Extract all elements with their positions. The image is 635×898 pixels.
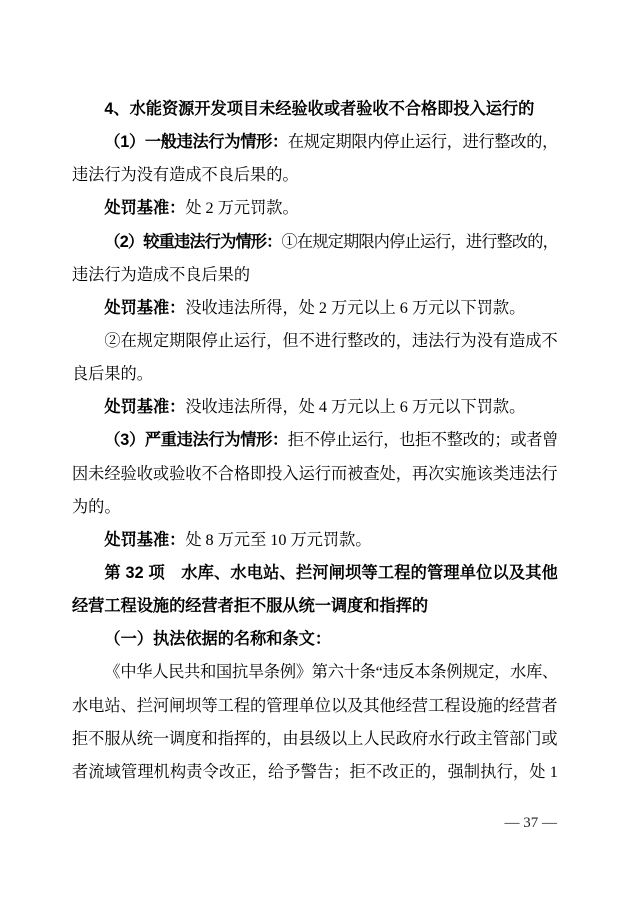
- text-line: （3）严重违法行为情形：拒不停止运行，也拒不整改的；或者曾: [72, 424, 558, 457]
- text-line: 处罚基准：处 2 万元罚款。: [72, 192, 558, 225]
- text-line-content: 处罚基准：没收违法所得，处 4 万元以上 6 万元以下罚款。: [72, 391, 525, 424]
- text-line: 良后果的。: [72, 358, 558, 391]
- text-line-content: 第 32 项 水库、水电站、拦河闸坝等工程的管理单位以及其他: [72, 557, 558, 590]
- text-line: （一）执法依据的名称和条文：: [72, 623, 558, 656]
- text-line-content: 拒不服从统一调度和指挥的，由县级以上人民政府水行政主管部门或: [72, 723, 558, 756]
- text-line-content: 处罚基准：没收违法所得，处 2 万元以上 6 万元以下罚款。: [72, 292, 525, 325]
- text-segment: 为的。: [72, 498, 121, 516]
- text-line: （1）一般违法行为情形：在规定期限内停止运行，进行整改的，: [72, 126, 558, 159]
- bold-text-segment: 处罚基准：: [104, 398, 185, 416]
- text-segment: 在规定期限内停止运行，进行整改的，: [288, 133, 558, 151]
- text-segment: 违法行为没有造成不良后果的。: [72, 166, 299, 184]
- text-segment: ②在规定期限停止运行，但不进行整改的，违法行为没有造成不: [104, 332, 557, 350]
- bold-text-segment: 处罚基准：: [104, 199, 185, 217]
- text-line: 者流域管理机构责令改正，给予警告；拒不改正的，强制执行，处 1: [72, 756, 558, 789]
- bold-text-segment: 处罚基准：: [104, 531, 185, 549]
- text-line: 水电站、拦河闸坝等工程的管理单位以及其他经营工程设施的经营者: [72, 690, 558, 723]
- text-line-content: （2）较重违法行为情形：①在规定期限内停止运行，进行整改的，: [72, 226, 558, 259]
- text-segment: 《中华人民共和国抗旱条例》第六十条“违反本条例规定，水库、: [104, 663, 558, 681]
- text-segment: 拒不停止运行，也拒不整改的；或者曾: [288, 431, 558, 449]
- bold-text-segment: 第 32 项 水库、水电站、拦河闸坝等工程的管理单位以及其他: [104, 564, 558, 582]
- text-line-content: 4、水能资源开发项目未经验收或者验收不合格即投入运行的: [72, 93, 534, 126]
- text-segment: ①在规定期限内停止运行，进行整改的，: [282, 233, 558, 251]
- text-segment: 违法行为造成不良后果的: [72, 266, 250, 284]
- text-line-content: 者流域管理机构责令改正，给予警告；拒不改正的，强制执行，处 1: [72, 756, 558, 789]
- text-line-content: 违法行为造成不良后果的: [72, 259, 250, 292]
- text-line: 《中华人民共和国抗旱条例》第六十条“违反本条例规定，水库、: [72, 656, 558, 689]
- page-number: — 37 —: [505, 814, 558, 832]
- text-line-content: 因未经验收或验收不合格即投入运行而被查处，再次实施该类违法行: [72, 458, 558, 491]
- text-line: ②在规定期限停止运行，但不进行整改的，违法行为没有造成不: [72, 325, 558, 358]
- text-line-content: ②在规定期限停止运行，但不进行整改的，违法行为没有造成不: [72, 325, 558, 358]
- text-line-content: 违法行为没有造成不良后果的。: [72, 159, 299, 192]
- text-line-content: （1）一般违法行为情形：在规定期限内停止运行，进行整改的，: [72, 126, 558, 159]
- text-segment: 因未经验收或验收不合格即投入运行而被查处，再次实施该类违法行: [72, 465, 558, 483]
- text-line-content: 为的。: [72, 491, 121, 524]
- text-line: 处罚基准：没收违法所得，处 4 万元以上 6 万元以下罚款。: [72, 391, 558, 424]
- bold-text-segment: （一）执法依据的名称和条文：: [104, 630, 331, 648]
- text-segment: 没收违法所得，处 2 万元以上 6 万元以下罚款。: [185, 299, 525, 317]
- text-line: 处罚基准：没收违法所得，处 2 万元以上 6 万元以下罚款。: [72, 292, 558, 325]
- text-segment: 没收违法所得，处 4 万元以上 6 万元以下罚款。: [185, 398, 525, 416]
- text-line: 违法行为没有造成不良后果的。: [72, 159, 558, 192]
- text-segment: 水电站、拦河闸坝等工程的管理单位以及其他经营工程设施的经营者: [72, 697, 558, 715]
- text-line: 为的。: [72, 491, 558, 524]
- text-line-content: （3）严重违法行为情形：拒不停止运行，也拒不整改的；或者曾: [72, 424, 558, 457]
- text-segment: 拒不服从统一调度和指挥的，由县级以上人民政府水行政主管部门或: [72, 730, 558, 748]
- text-line: 4、水能资源开发项目未经验收或者验收不合格即投入运行的: [72, 93, 558, 126]
- text-line-content: （一）执法依据的名称和条文：: [72, 623, 331, 656]
- text-line: 因未经验收或验收不合格即投入运行而被查处，再次实施该类违法行: [72, 458, 558, 491]
- bold-text-segment: 处罚基准：: [104, 299, 185, 317]
- bold-text-segment: （1）一般违法行为情形：: [104, 133, 287, 151]
- text-line-content: 《中华人民共和国抗旱条例》第六十条“违反本条例规定，水库、: [72, 656, 558, 689]
- text-line: 违法行为造成不良后果的: [72, 259, 558, 292]
- text-line: 经营工程设施的经营者拒不服从统一调度和指挥的: [72, 590, 558, 623]
- text-segment: 者流域管理机构责令改正，给予警告；拒不改正的，强制执行，处 1: [72, 763, 558, 781]
- text-line: （2）较重违法行为情形：①在规定期限内停止运行，进行整改的，: [72, 226, 558, 259]
- bold-text-segment: （3）严重违法行为情形：: [104, 431, 287, 449]
- text-line: 处罚基准：处 8 万元至 10 万元罚款。: [72, 524, 558, 557]
- bold-text-segment: （2）较重违法行为情形：: [104, 233, 281, 251]
- text-segment: 处 8 万元至 10 万元罚款。: [185, 531, 371, 549]
- text-segment: 处 2 万元罚款。: [185, 199, 298, 217]
- document-page: 4、水能资源开发项目未经验收或者验收不合格即投入运行的（1）一般违法行为情形：在…: [0, 0, 635, 898]
- document-body: 4、水能资源开发项目未经验收或者验收不合格即投入运行的（1）一般违法行为情形：在…: [72, 93, 558, 789]
- bold-text-segment: 4、水能资源开发项目未经验收或者验收不合格即投入运行的: [104, 100, 534, 118]
- text-line-content: 处罚基准：处 8 万元至 10 万元罚款。: [72, 524, 371, 557]
- text-line: 拒不服从统一调度和指挥的，由县级以上人民政府水行政主管部门或: [72, 723, 558, 756]
- text-line-content: 经营工程设施的经营者拒不服从统一调度和指挥的: [72, 590, 428, 623]
- bold-text-segment: 经营工程设施的经营者拒不服从统一调度和指挥的: [72, 597, 428, 615]
- text-line-content: 处罚基准：处 2 万元罚款。: [72, 192, 299, 225]
- text-line-content: 水电站、拦河闸坝等工程的管理单位以及其他经营工程设施的经营者: [72, 690, 558, 723]
- text-line: 第 32 项 水库、水电站、拦河闸坝等工程的管理单位以及其他: [72, 557, 558, 590]
- text-segment: 良后果的。: [72, 365, 153, 383]
- text-line-content: 良后果的。: [72, 358, 153, 391]
